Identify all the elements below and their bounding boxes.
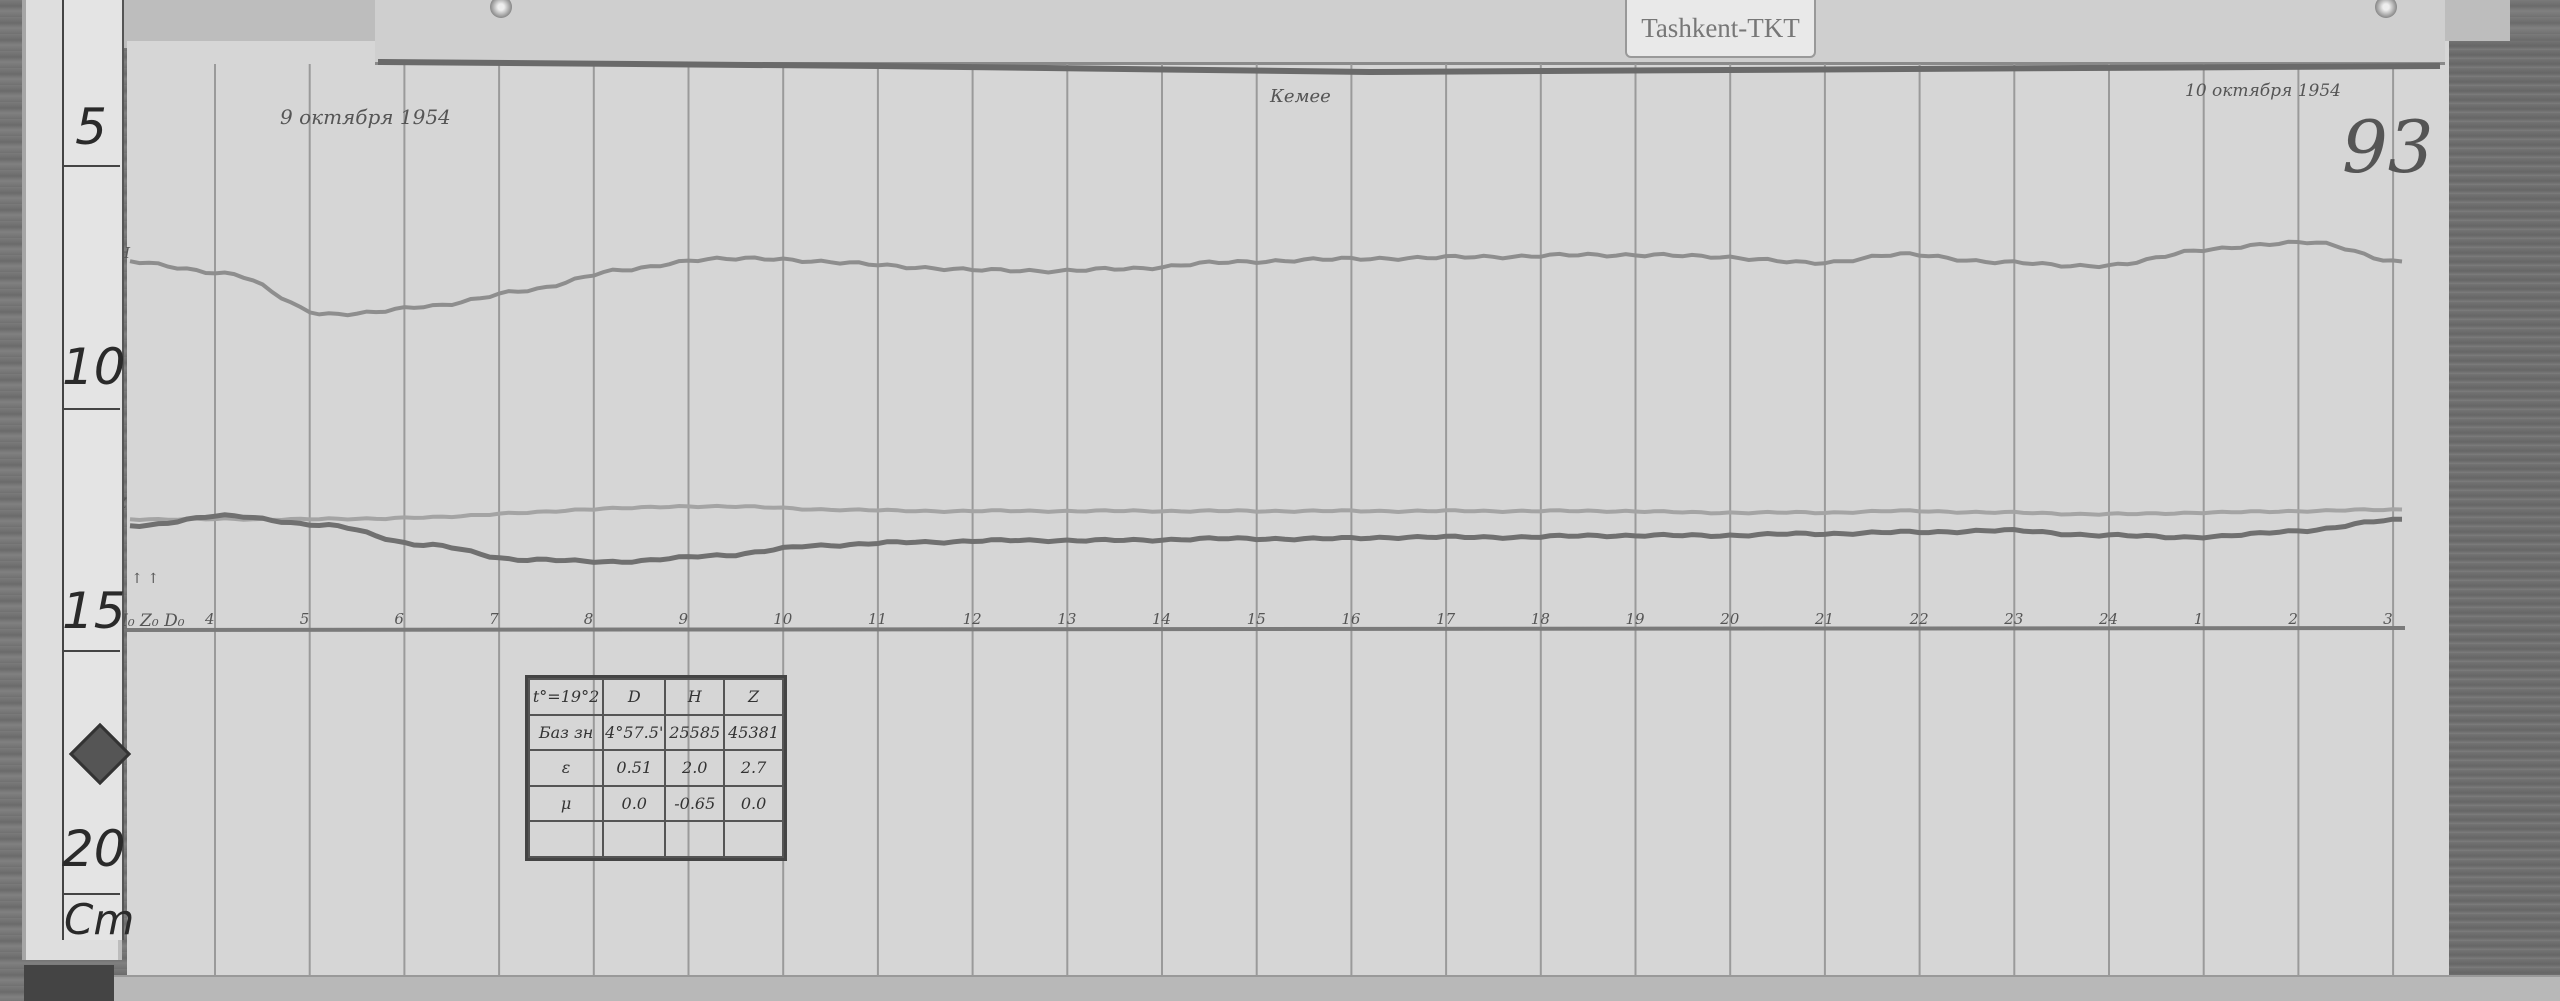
hour-label: 6	[394, 610, 404, 628]
hour-label: 22	[1909, 610, 1929, 628]
table-cell: 25585	[665, 715, 724, 751]
table-cell: Баз зн	[529, 715, 603, 751]
table-header-row: t°=19°2 D H Z	[529, 679, 783, 715]
time-axis-baseline	[127, 628, 2405, 630]
scale-ruler: 5 10 15 20 Cm	[22, 0, 122, 960]
hour-label: 16	[1341, 610, 1361, 628]
hour-label: 4	[204, 610, 215, 628]
table-cell: 4°57.5'	[603, 715, 665, 751]
hour-label: 10	[773, 610, 793, 628]
hour-label: 15	[1247, 610, 1266, 628]
hour-label: 24	[2098, 610, 2118, 628]
hour-label: 1	[2194, 610, 2204, 628]
hour-label: 21	[1814, 610, 1834, 628]
table-cell: 45381	[724, 715, 783, 751]
trace-D	[130, 515, 2402, 563]
ruler-base	[24, 965, 114, 1001]
ruler-tick	[62, 650, 120, 652]
hour-label: 23	[2003, 610, 2023, 628]
hour-label: 18	[1531, 610, 1550, 628]
table-cell: 2.0	[665, 750, 724, 786]
table-row: μ 0.0 -0.65 0.0	[529, 786, 783, 822]
observer-name: Кемее	[1269, 86, 1331, 107]
table-cell: H	[665, 679, 724, 715]
hour-label: 3	[2383, 610, 2393, 628]
table-row: Баз зн 4°57.5' 25585 45381	[529, 715, 783, 751]
date-start: 9 октября 1954	[280, 105, 451, 129]
hour-label: 2	[2287, 610, 2298, 628]
ruler-mark-5: 5	[62, 98, 120, 156]
constants-table: t°=19°2 D H Z Баз зн 4°57.5' 25585 45381…	[525, 675, 787, 861]
table-cell: 2.7	[724, 750, 783, 786]
table-cell	[529, 821, 603, 857]
table-cell: 0.0	[603, 786, 665, 822]
hour-label: 7	[489, 610, 499, 628]
hour-label: 17	[1436, 610, 1456, 628]
ruler-tick	[62, 165, 120, 167]
hour-label: 12	[963, 610, 982, 628]
table-cell: ε	[529, 750, 603, 786]
hour-label: 19	[1626, 610, 1646, 628]
table-cell: D	[603, 679, 665, 715]
table-cell: -0.65	[665, 786, 724, 822]
ruler-unit: Cm	[64, 895, 134, 944]
table-cell: Z	[724, 679, 783, 715]
table-cell: t°=19°2	[529, 679, 603, 715]
ruler-mark-15: 15	[62, 582, 120, 640]
table-cell: 0.51	[603, 750, 665, 786]
table-row: ε 0.51 2.0 2.7	[529, 750, 783, 786]
table-cell	[603, 821, 665, 857]
ruler-mark-10: 10	[62, 338, 120, 396]
sheet-top-line	[378, 62, 2440, 72]
trace-H	[130, 242, 2402, 316]
table-cell: μ	[529, 786, 603, 822]
table-row	[529, 821, 783, 857]
trace-Z	[130, 506, 2402, 520]
table-cell: 0.0	[724, 786, 783, 822]
ruler-mark-20: 20	[62, 820, 120, 878]
hour-label: 9	[679, 610, 689, 628]
date-end: 10 октября 1954	[2185, 81, 2341, 101]
hour-label: 5	[300, 610, 310, 628]
hour-label: 11	[868, 610, 887, 628]
hour-label: 13	[1057, 610, 1076, 628]
hour-label: 8	[584, 610, 594, 628]
hour-label: 20	[1719, 610, 1740, 628]
ruler-tick	[62, 408, 120, 410]
hour-label: 14	[1152, 610, 1171, 628]
sheet-number: 93	[2342, 105, 2434, 189]
table-cell	[665, 821, 724, 857]
hour-labels: 456789101112131415161718192021222324123	[204, 610, 2393, 628]
table-cell	[724, 821, 783, 857]
magnetogram-chart: 456789101112131415161718192021222324123 …	[0, 0, 2560, 1001]
